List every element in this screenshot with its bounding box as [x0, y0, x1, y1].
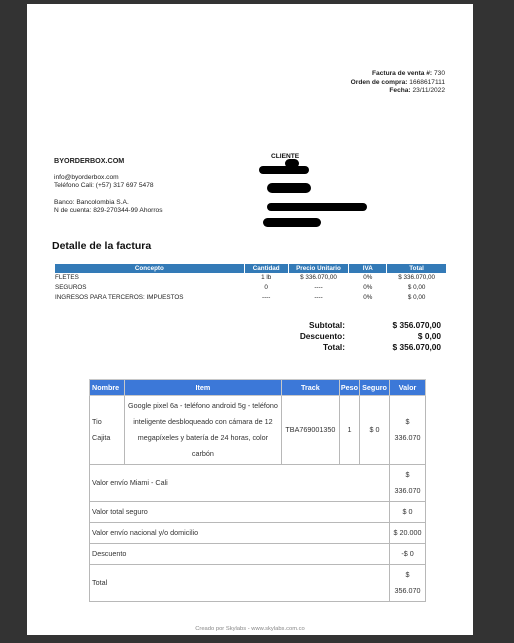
table-row: INGRESOS PARA TERCEROS: IMPUESTOS ---- -…	[55, 293, 446, 303]
discount-label: Descuento:	[267, 331, 345, 342]
table-row: Tio Cajita Google pixel 6a - teléfono an…	[90, 396, 426, 465]
col-concept: Concepto	[55, 264, 244, 273]
redaction-mark	[285, 159, 299, 168]
totals-summary: Subtotal:$ 356.070,00 Descuento:$ 0,00 T…	[267, 320, 441, 353]
item-value: $ 336.070	[390, 396, 426, 465]
col-weight: Peso	[339, 380, 359, 396]
summary-row: Valor envío Miami - Cali $ 336.070	[90, 465, 426, 502]
footer-credit: Creado por Skylabs - www.skylabs.com.co	[27, 626, 473, 632]
summary-row: Descuento -$ 0	[90, 544, 426, 565]
invoice-page: Factura de venta #: 730 Orden de compra:…	[27, 4, 473, 635]
total-value: $ 356.070,00	[345, 342, 441, 353]
col-quantity: Cantidad	[245, 264, 288, 273]
invoice-number: 730	[434, 70, 445, 77]
col-track: Track	[281, 380, 339, 396]
summary-row: Valor total seguro $ 0	[90, 502, 426, 523]
subtotal-label: Subtotal:	[267, 320, 345, 331]
col-value: Valor	[390, 380, 426, 396]
item-weight: 1	[339, 396, 359, 465]
items-table: Nombre Item Track Peso Seguro Valor Tio …	[89, 379, 426, 602]
item-track: TBA769001350	[281, 396, 339, 465]
invoice-date: 23/11/2022	[412, 87, 445, 94]
summary-row: Total $ 356.070	[90, 565, 426, 602]
summary-row: Valor envío nacional y/o domicilio $ 20.…	[90, 523, 426, 544]
company-account: N de cuenta: 829-270344-99 Ahorros	[54, 207, 163, 216]
item-insurance: $ 0	[360, 396, 390, 465]
table-row: SEGUROS 0 ---- 0% $ 0,00	[55, 283, 446, 293]
col-tax: IVA	[349, 264, 386, 273]
order-number-label: Orden de compra:	[351, 79, 408, 86]
company-phone: Teléfono Cali: (+57) 317 697 5478	[54, 182, 163, 191]
item-recipient: Tio Cajita	[90, 396, 125, 465]
table-row: FLETES 1 lb $ 336.070,00 0% $ 336.070,00	[55, 273, 446, 283]
invoice-meta: Factura de venta #: 730 Orden de compra:…	[351, 70, 445, 96]
redaction-mark	[267, 183, 311, 193]
item-description: Google pixel 6a - teléfono android 5g - …	[124, 396, 281, 465]
redaction-mark	[259, 166, 309, 174]
col-total: Total	[387, 264, 446, 273]
subtotal-value: $ 356.070,00	[345, 320, 441, 331]
col-insurance: Seguro	[360, 380, 390, 396]
order-number: 1668617111	[409, 79, 445, 86]
total-label: Total:	[267, 342, 345, 353]
company-email: info@byorderbox.com	[54, 174, 163, 183]
company-info: BYORDERBOX.COM info@byorderbox.com Teléf…	[54, 157, 163, 216]
col-item: Item	[124, 380, 281, 396]
invoice-detail-table: Concepto Cantidad Precio Unitario IVA To…	[54, 264, 447, 303]
section-title: Detalle de la factura	[52, 240, 151, 252]
discount-value: $ 0,00	[345, 331, 441, 342]
invoice-number-label: Factura de venta #:	[372, 70, 432, 77]
company-bank: Banco: Bancolombia S.A.	[54, 199, 163, 208]
date-label: Fecha:	[389, 87, 410, 94]
col-unit-price: Precio Unitario	[289, 264, 349, 273]
redaction-mark	[263, 218, 321, 227]
redaction-mark	[267, 203, 367, 211]
company-name: BYORDERBOX.COM	[54, 157, 163, 166]
col-name: Nombre	[90, 380, 125, 396]
